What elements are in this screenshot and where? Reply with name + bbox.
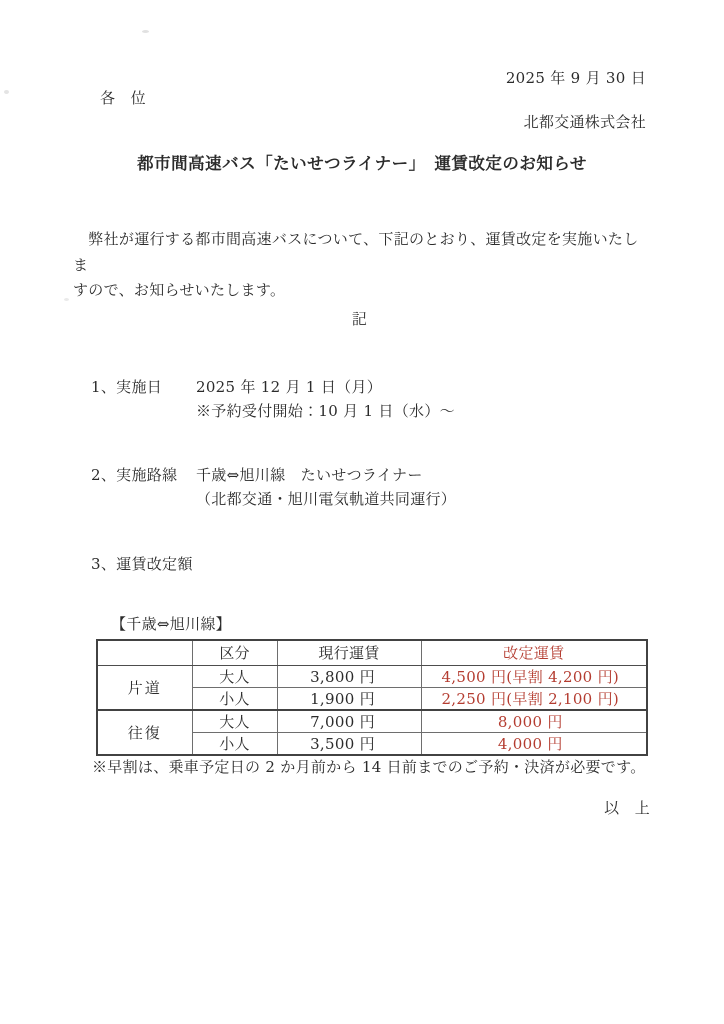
- item-2-value: 千歳⇔旭川線 たいせつライナー: [196, 467, 423, 484]
- header-revised-fare: 改定運賃: [421, 640, 647, 665]
- header-blank: [97, 640, 192, 665]
- header-current-fare: 現行運賃: [277, 640, 421, 665]
- item-2-label: 2、実施路線: [91, 467, 177, 484]
- current-fare-cell: 3,500 円: [277, 732, 421, 755]
- current-fare-cell: 1,900 円: [277, 687, 421, 710]
- table-header-row: 区分 現行運賃 改定運賃: [97, 640, 647, 665]
- date-line: 2025 年 9 月 30 日: [506, 70, 646, 87]
- intro-paragraph: 弊社が運行する都市間高速バスについて、下記のとおり、運賃改定を実施いたしま すの…: [73, 227, 651, 304]
- category-cell: 小人: [192, 687, 277, 710]
- intro-line-2: すので、お知らせいたします。: [73, 281, 285, 299]
- table-row: 片道 大人 3,800 円 4,500 円(早割 4,200 円): [97, 665, 647, 687]
- category-cell: 大人: [192, 665, 277, 687]
- fare-table-footnote: ※早割は、乗車予定日の 2 か月前から 14 日前までのご予約・決済が必要です。: [92, 759, 646, 776]
- closing-marker: 以 上: [604, 800, 650, 817]
- header-category: 区分: [192, 640, 277, 665]
- item-1-note: ※予約受付開始：10 月 1 日（水）～: [196, 403, 455, 420]
- item-3-label: 3、運賃改定額: [91, 556, 193, 573]
- document-page: 2025 年 9 月 30 日 各 位 北都交通株式会社 都市間高速バス「たいせ…: [0, 0, 724, 1024]
- revised-fare-cell: 2,250 円(早割 2,100 円): [421, 687, 647, 710]
- revised-fare-cell: 4,500 円(早割 4,200 円): [421, 665, 647, 687]
- group-cell-oneway: 片道: [97, 665, 192, 710]
- item-1-label: 1、実施日: [91, 379, 162, 396]
- scan-artifact: [142, 30, 149, 33]
- category-cell: 小人: [192, 732, 277, 755]
- revised-fare-cell: 8,000 円: [421, 710, 647, 733]
- revised-fare-cell: 4,000 円: [421, 732, 647, 755]
- table-row: 往復 大人 7,000 円 8,000 円: [97, 710, 647, 733]
- item-2-note: （北都交通・旭川電気軌道共同運行）: [196, 491, 456, 508]
- fare-table: 区分 現行運賃 改定運賃 片道 大人 3,800 円 4,500 円(早割 4,…: [96, 639, 648, 756]
- addressee: 各 位: [100, 90, 146, 107]
- category-cell: 大人: [192, 710, 277, 733]
- group-cell-roundtrip: 往復: [97, 710, 192, 755]
- fare-table-caption: 【千歳⇔旭川線】: [111, 616, 231, 633]
- record-marker: 記: [73, 311, 646, 328]
- scan-artifact: [4, 90, 9, 94]
- item-1-value: 2025 年 12 月 1 日（月）: [196, 379, 382, 396]
- scan-artifact: [64, 298, 69, 301]
- fare-table-container: 区分 現行運賃 改定運賃 片道 大人 3,800 円 4,500 円(早割 4,…: [96, 639, 648, 756]
- company-name: 北都交通株式会社: [524, 114, 646, 131]
- intro-line-1: 弊社が運行する都市間高速バスについて、下記のとおり、運賃改定を実施いたしま: [73, 230, 639, 274]
- document-title: 都市間高速バス「たいせつライナー」 運賃改定のお知らせ: [0, 155, 724, 172]
- current-fare-cell: 3,800 円: [277, 665, 421, 687]
- current-fare-cell: 7,000 円: [277, 710, 421, 733]
